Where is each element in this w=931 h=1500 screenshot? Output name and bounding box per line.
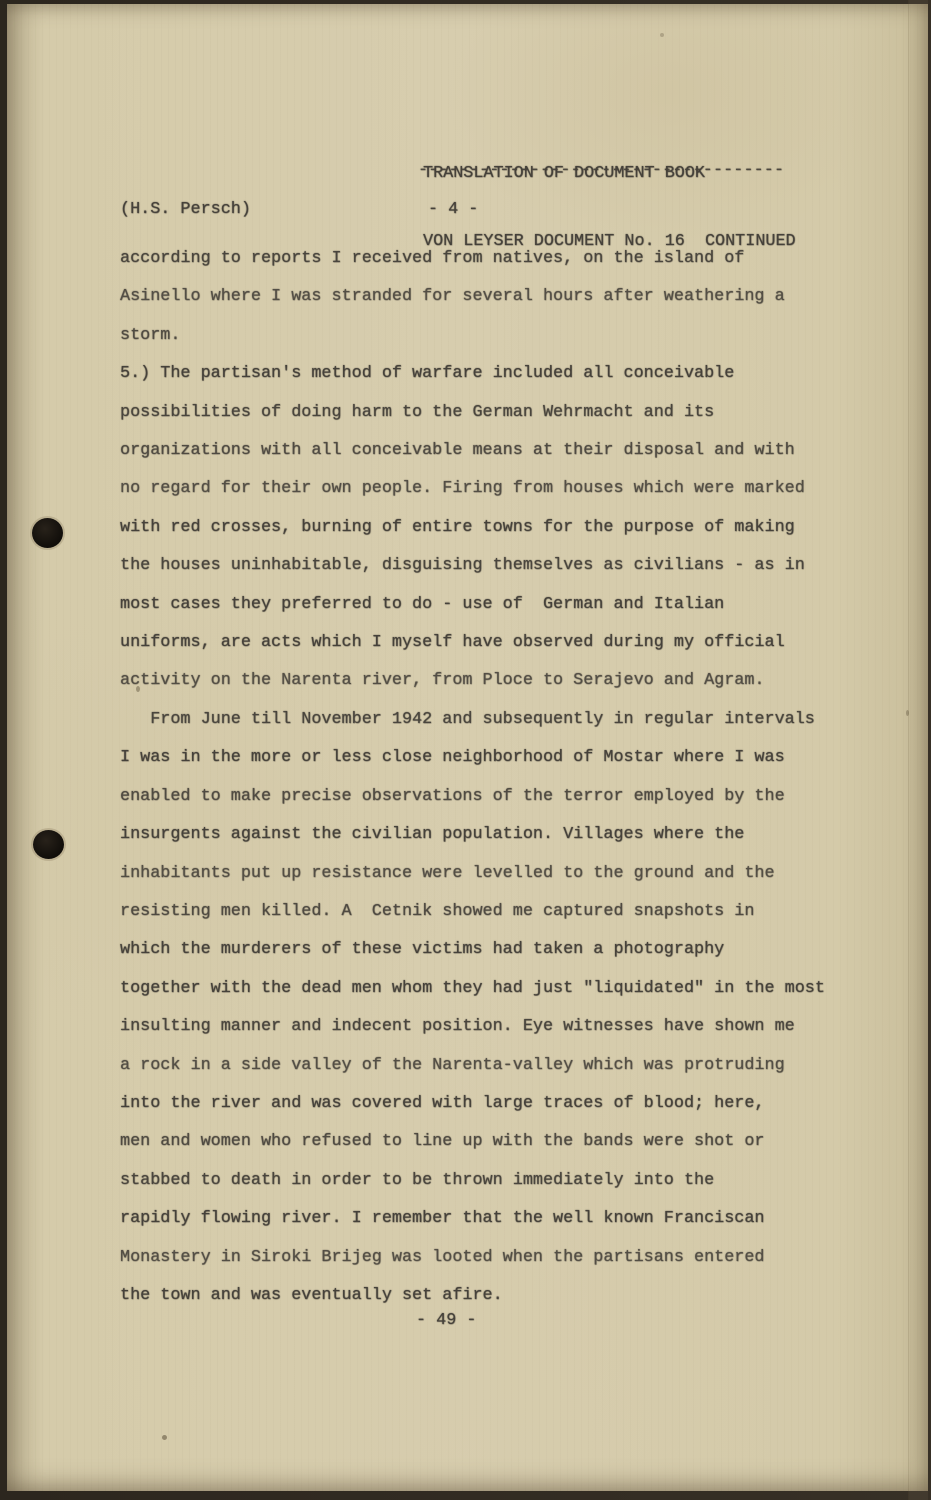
- body-line: men and women who refused to line up wit…: [120, 1123, 860, 1161]
- document-body: according to reports I received from nat…: [120, 240, 860, 1315]
- body-line: storm.: [120, 317, 860, 355]
- body-line: inhabitants put up resistance were level…: [120, 855, 860, 893]
- body-line: resisting men killed. A Cetnik showed me…: [120, 893, 860, 931]
- page-number-bottom: - 49 -: [416, 1309, 476, 1333]
- body-line: into the river and was covered with larg…: [120, 1085, 860, 1123]
- author-note: (H.S. Persch): [120, 199, 251, 221]
- body-line: activity on the Narenta river, from Ploc…: [120, 662, 860, 700]
- body-line: most cases they preferred to do - use of…: [120, 586, 860, 624]
- paper-stain: [660, 33, 664, 37]
- body-line: according to reports I received from nat…: [120, 240, 860, 278]
- body-line: insurgents against the civilian populati…: [120, 816, 860, 854]
- body-line: Asinello where I was stranded for severa…: [120, 278, 860, 316]
- hole-punch-top: [32, 518, 63, 548]
- body-line: uniforms, are acts which I myself have o…: [120, 624, 860, 662]
- paper-edge-crease: [908, 0, 928, 1500]
- body-line: which the murderers of these victims had…: [120, 931, 860, 969]
- body-line: with red crosses, burning of entire town…: [120, 509, 860, 547]
- typed-divider: ------------------------------------: [418, 161, 784, 181]
- body-line: insulting manner and indecent position. …: [120, 1008, 860, 1046]
- body-line: the town and was eventually set afire.: [120, 1277, 860, 1315]
- body-line: enabled to make precise observations of …: [120, 778, 860, 816]
- body-line: a rock in a side valley of the Narenta-v…: [120, 1047, 860, 1085]
- body-line: From June till November 1942 and subsequ…: [120, 701, 860, 739]
- body-line: no regard for their own people. Firing f…: [120, 470, 860, 508]
- paper-stain: [162, 1435, 167, 1440]
- hole-punch-bottom: [33, 830, 64, 859]
- page-number-top: - 4 -: [428, 199, 478, 221]
- body-line: stabbed to death in order to be thrown i…: [120, 1162, 860, 1200]
- body-line: together with the dead men whom they had…: [120, 970, 860, 1008]
- body-line: possibilities of doing harm to the Germa…: [120, 394, 860, 432]
- body-line: the houses uninhabitable, disguising the…: [120, 547, 860, 585]
- body-line: Monastery in Siroki Brijeg was looted wh…: [120, 1239, 860, 1277]
- body-line: 5.) The partisan's method of warfare inc…: [120, 355, 860, 393]
- paper-stain: [906, 710, 909, 716]
- scanned-document-page: TRANSLATION OF DOCUMENT BOOK VON LEYSER …: [0, 0, 931, 1500]
- body-line: I was in the more or less close neighbor…: [120, 739, 860, 777]
- body-line: rapidly flowing river. I remember that t…: [120, 1200, 860, 1238]
- body-line: organizations with all conceivable means…: [120, 432, 860, 470]
